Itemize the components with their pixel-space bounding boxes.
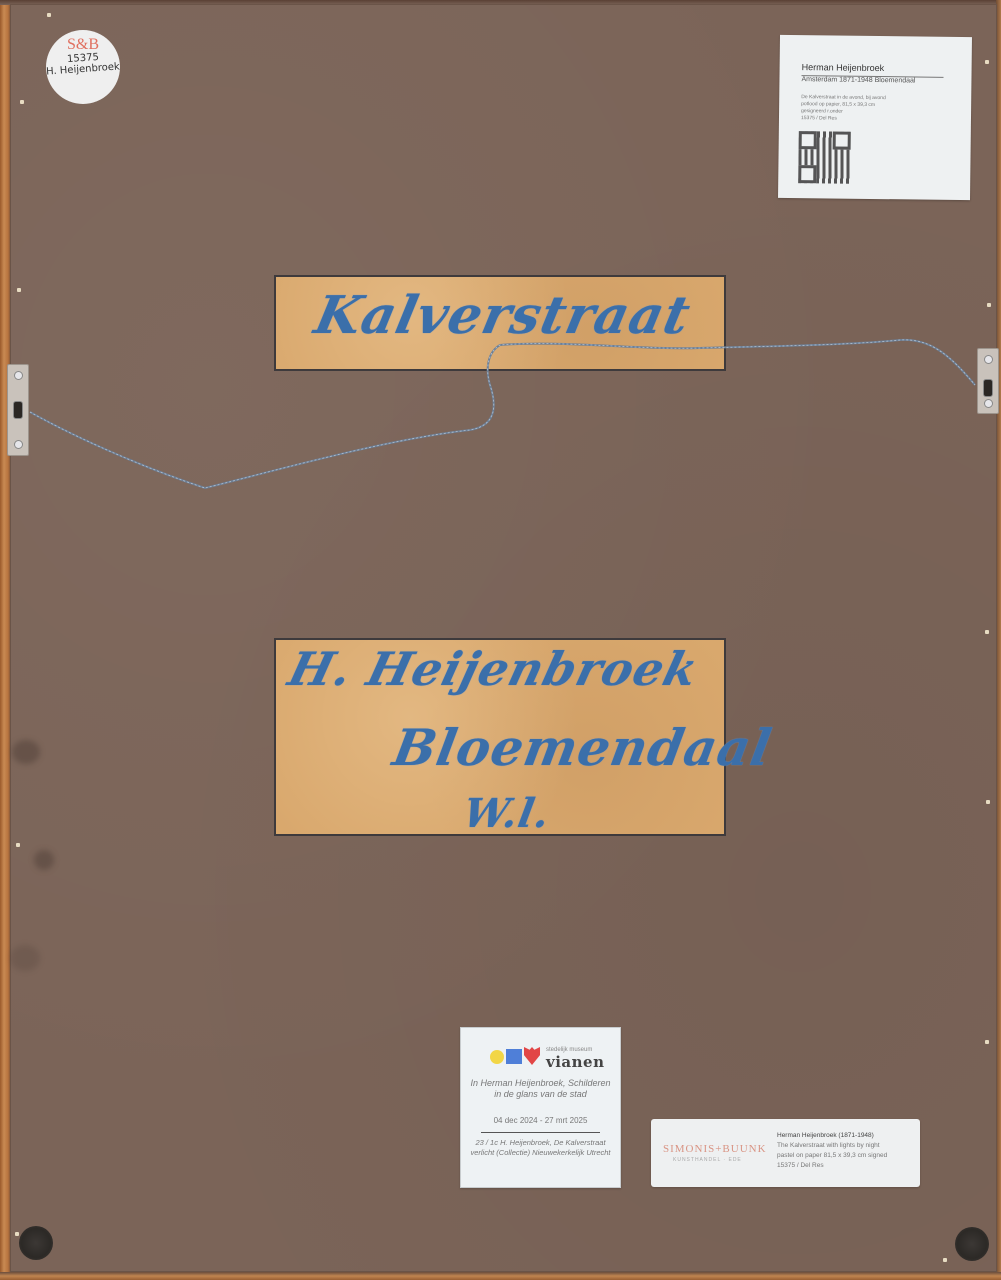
- label-artist: Herman Heijenbroek: [802, 62, 885, 73]
- gallery-brand: SIMONIS+BUUNK: [663, 1143, 767, 1155]
- nail: [20, 100, 24, 104]
- nail: [985, 1040, 989, 1044]
- stain: [34, 850, 54, 870]
- label-lifespan: Amsterdam 1871-1948 Bloemendaal: [801, 76, 915, 84]
- gallery-label-text: Herman Heijenbroek (1871-1948) The Kalve…: [777, 1131, 917, 1171]
- frame-bottom-edge: [0, 1272, 1001, 1280]
- nail: [47, 13, 51, 17]
- handwritten-panel-signature: H. Heijenbroek Bloemendaal W.l.: [274, 638, 726, 836]
- d-ring-hanger-left: [7, 364, 29, 456]
- nail: [986, 800, 990, 804]
- yellow-circle-icon: [490, 1050, 504, 1064]
- inventory-sticker: S&B 15375 H. Heijenbroek: [46, 30, 120, 104]
- gallery-label: SIMONIS+BUUNK KUNSTHANDEL · EDE Herman H…: [651, 1119, 920, 1187]
- museum-exhibition-label: stedelijk museum vianen In Herman Heijen…: [460, 1027, 621, 1188]
- handwriting-location: Bloemendaal: [389, 718, 777, 777]
- label-desc-line: 15375 / Del Res: [801, 115, 951, 124]
- exhibition-dates: 04 dec 2024 - 27 mrt 2025: [469, 1116, 612, 1125]
- label-divider: [481, 1132, 600, 1133]
- handwriting-note: W.l.: [460, 790, 554, 837]
- nail: [16, 843, 20, 847]
- nail: [17, 288, 21, 292]
- screw-icon: [984, 399, 993, 408]
- stain: [10, 945, 40, 971]
- d-ring-hanger-right: [977, 348, 999, 414]
- stain: [12, 740, 40, 764]
- artwork-label-top: Herman Heijenbroek Amsterdam 1871-1948 B…: [778, 35, 972, 200]
- red-heart-icon: [524, 1047, 540, 1065]
- blue-square-icon: [506, 1049, 522, 1064]
- felt-bumper-right: [955, 1227, 989, 1261]
- screw-icon: [14, 371, 23, 380]
- nail: [987, 303, 991, 307]
- label-description: De Kalverstraat in de avond, bij avond p…: [801, 94, 951, 124]
- screw-icon: [14, 440, 23, 449]
- exhibition-title: In Herman Heijenbroek, Schilderen in de …: [469, 1078, 612, 1100]
- nail: [943, 1258, 947, 1262]
- hanger-slot: [983, 379, 993, 397]
- handwriting-title: Kalverstraat: [310, 285, 696, 346]
- work-description: 23 / 1c H. Heijenbroek, De Kalverstraat …: [469, 1138, 612, 1158]
- screw-icon: [984, 355, 993, 364]
- museum-name: vianen: [546, 1053, 605, 1071]
- handwritten-panel-title: Kalverstraat: [274, 275, 726, 371]
- gallery-line: The Kalverstraat with lights by night: [777, 1141, 917, 1151]
- nail: [985, 60, 989, 64]
- gallery-line: pastel on paper 81,5 x 39,3 cm signed: [777, 1151, 917, 1161]
- handwriting-artist: H. Heijenbroek: [283, 642, 704, 696]
- felt-bumper-left: [19, 1226, 53, 1260]
- nail: [985, 630, 989, 634]
- gallery-line: Herman Heijenbroek (1871-1948): [777, 1131, 917, 1141]
- museum-logo: stedelijk museum vianen: [488, 1046, 598, 1068]
- gallery-line: 15375 / Del Res: [777, 1161, 917, 1171]
- gallery-brand-sub: KUNSTHANDEL · EDE: [673, 1157, 742, 1163]
- nail: [15, 1232, 19, 1236]
- qr-code-icon[interactable]: [798, 131, 851, 184]
- hanger-slot: [13, 401, 23, 419]
